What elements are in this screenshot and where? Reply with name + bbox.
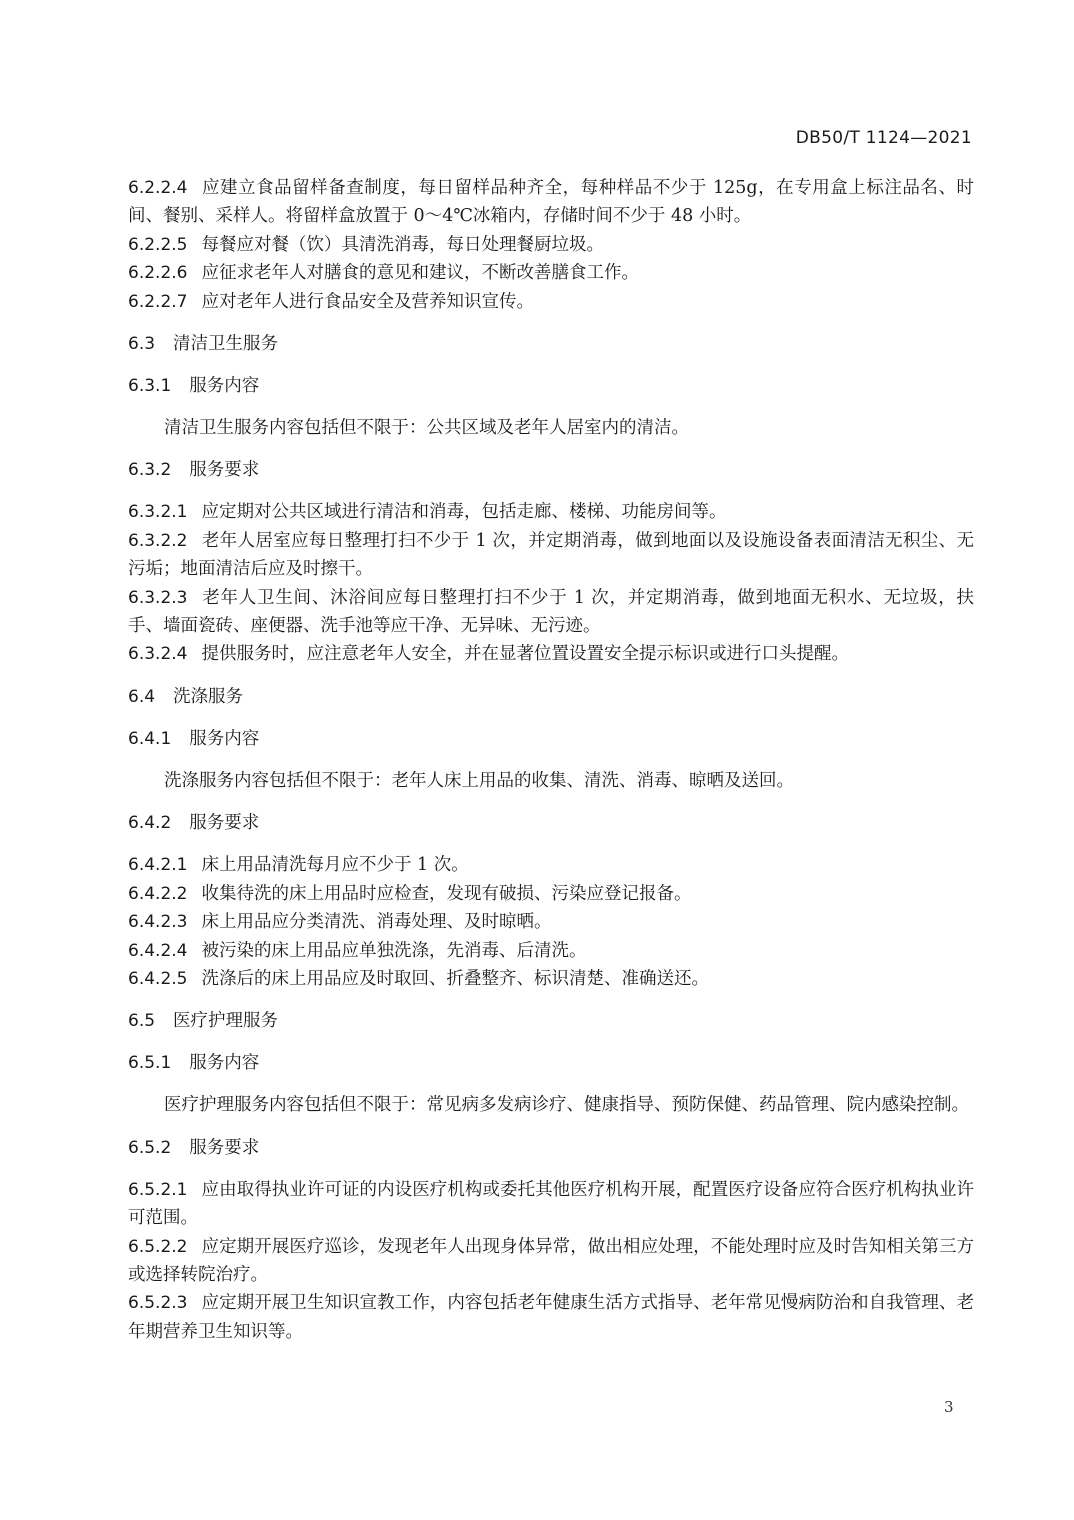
section-number: 6.4: [128, 687, 155, 707]
section-number: 6.3.2: [128, 460, 171, 480]
clause-number: 6.3.2.1: [128, 502, 187, 522]
section-number: 6.5.1: [128, 1053, 171, 1073]
clause-6-2-2-5: 6.2.2.5每餐应对餐（饮）具清洗消毒，每日处理餐厨垃圾。: [128, 231, 974, 259]
clause-text: 老年人居室应每日整理打扫不少于 1 次，并定期消毒，做到地面以及设施设备表面清洁…: [128, 531, 974, 579]
section-number: 6.4.2: [128, 813, 171, 833]
clause-6-5-2-1: 6.5.2.1应由取得执业许可证的内设医疗机构或委托其他医疗机构开展，配置医疗设…: [128, 1176, 974, 1233]
clause-number: 6.3.2.4: [128, 644, 187, 664]
clause-6-3-2-2: 6.3.2.2老年人居室应每日整理打扫不少于 1 次，并定期消毒，做到地面以及设…: [128, 527, 974, 584]
document-body: 6.2.2.4应建立食品留样备查制度，每日留样品种齐全，每种样品不少于 125g…: [128, 174, 974, 1346]
paragraph-6-5-1: 医疗护理服务内容包括但不限于：常见病多发病诊疗、健康指导、预防保健、药品管理、院…: [128, 1091, 974, 1119]
section-heading-6-4: 6.4洗涤服务: [128, 683, 974, 711]
clause-text: 应征求老年人对膳食的意见和建议，不断改善膳食工作。: [201, 263, 639, 283]
section-number: 6.5: [128, 1011, 155, 1031]
clause-6-3-2-4: 6.3.2.4提供服务时，应注意老年人安全，并在显著位置设置安全提示标识或进行口…: [128, 640, 974, 668]
clause-6-3-2-3: 6.3.2.3老年人卫生间、沐浴间应每日整理打扫不少于 1 次，并定期消毒，做到…: [128, 584, 974, 641]
clause-number: 6.3.2.3: [128, 588, 187, 608]
section-title: 服务内容: [189, 376, 259, 396]
clause-text: 床上用品清洗每月应不少于 1 次。: [201, 855, 468, 875]
section-heading-6-3: 6.3清洁卫生服务: [128, 330, 974, 358]
clause-number: 6.3.2.2: [128, 531, 187, 551]
subsection-heading-6-3-2: 6.3.2服务要求: [128, 456, 974, 484]
section-heading-6-5: 6.5医疗护理服务: [128, 1007, 974, 1035]
clause-6-4-2-5: 6.4.2.5洗涤后的床上用品应及时取回、折叠整齐、标识清楚、准确送还。: [128, 965, 974, 993]
clause-text: 提供服务时，应注意老年人安全，并在显著位置设置安全提示标识或进行口头提醒。: [201, 644, 849, 664]
section-title: 服务要求: [189, 1138, 259, 1158]
clause-6-4-2-3: 6.4.2.3床上用品应分类清洗、消毒处理、及时晾晒。: [128, 908, 974, 936]
clause-6-5-2-3: 6.5.2.3应定期开展卫生知识宣教工作，内容包括老年健康生活方式指导、老年常见…: [128, 1289, 974, 1346]
standard-code-header: DB50/T 1124—2021: [796, 128, 972, 148]
clause-text: 应对老年人进行食品安全及营养知识宣传。: [201, 292, 534, 312]
section-title: 服务内容: [189, 1053, 259, 1073]
clause-number: 6.2.2.5: [128, 235, 187, 255]
section-number: 6.4.1: [128, 729, 171, 749]
clause-6-2-2-6: 6.2.2.6应征求老年人对膳食的意见和建议，不断改善膳食工作。: [128, 259, 974, 287]
clause-text: 每餐应对餐（饮）具清洗消毒，每日处理餐厨垃圾。: [201, 235, 604, 255]
subsection-heading-6-4-2: 6.4.2服务要求: [128, 809, 974, 837]
clause-number: 6.5.2.2: [128, 1237, 187, 1257]
section-title: 清洁卫生服务: [173, 334, 278, 354]
page-number: 3: [944, 1398, 954, 1416]
clause-6-4-2-1: 6.4.2.1床上用品清洗每月应不少于 1 次。: [128, 851, 974, 879]
section-title: 医疗护理服务: [173, 1011, 278, 1031]
clause-number: 6.4.2.3: [128, 912, 187, 932]
section-title: 服务要求: [189, 460, 259, 480]
subsection-heading-6-5-1: 6.5.1服务内容: [128, 1049, 974, 1077]
subsection-heading-6-3-1: 6.3.1服务内容: [128, 372, 974, 400]
section-number: 6.3: [128, 334, 155, 354]
clause-text: 应定期开展医疗巡诊，发现老年人出现身体异常，做出相应处理，不能处理时应及时告知相…: [128, 1237, 974, 1285]
clause-text: 应建立食品留样备查制度，每日留样品种齐全，每种样品不少于 125g，在专用盒上标…: [128, 178, 974, 226]
clause-text: 洗涤后的床上用品应及时取回、折叠整齐、标识清楚、准确送还。: [201, 969, 709, 989]
clause-number: 6.4.2.5: [128, 969, 187, 989]
clause-text: 应由取得执业许可证的内设医疗机构或委托其他医疗机构开展，配置医疗设备应符合医疗机…: [128, 1180, 974, 1228]
clause-number: 6.4.2.2: [128, 884, 187, 904]
clause-text: 应定期开展卫生知识宣教工作，内容包括老年健康生活方式指导、老年常见慢病防治和自我…: [128, 1293, 974, 1341]
clause-number: 6.4.2.1: [128, 855, 187, 875]
clause-number: 6.2.2.7: [128, 292, 187, 312]
section-title: 洗涤服务: [173, 687, 243, 707]
clause-6-3-2-1: 6.3.2.1应定期对公共区域进行清洁和消毒，包括走廊、楼梯、功能房间等。: [128, 498, 974, 526]
section-title: 服务要求: [189, 813, 259, 833]
section-number: 6.3.1: [128, 376, 171, 396]
clause-number: 6.4.2.4: [128, 941, 187, 961]
clause-number: 6.5.2.1: [128, 1180, 187, 1200]
clause-6-2-2-4: 6.2.2.4应建立食品留样备查制度，每日留样品种齐全，每种样品不少于 125g…: [128, 174, 974, 231]
section-title: 服务内容: [189, 729, 259, 749]
clause-number: 6.2.2.6: [128, 263, 187, 283]
clause-text: 老年人卫生间、沐浴间应每日整理打扫不少于 1 次，并定期消毒，做到地面无积水、无…: [128, 588, 974, 636]
subsection-heading-6-5-2: 6.5.2服务要求: [128, 1134, 974, 1162]
section-number: 6.5.2: [128, 1138, 171, 1158]
clause-text: 被污染的床上用品应单独洗涤，先消毒、后清洗。: [201, 941, 586, 961]
clause-6-4-2-4: 6.4.2.4被污染的床上用品应单独洗涤，先消毒、后清洗。: [128, 937, 974, 965]
clause-number: 6.2.2.4: [128, 178, 187, 198]
paragraph-6-4-1: 洗涤服务内容包括但不限于：老年人床上用品的收集、清洗、消毒、晾晒及送回。: [128, 767, 974, 795]
clause-6-5-2-2: 6.5.2.2应定期开展医疗巡诊，发现老年人出现身体异常，做出相应处理，不能处理…: [128, 1233, 974, 1290]
clause-text: 收集待洗的床上用品时应检查，发现有破损、污染应登记报备。: [201, 884, 691, 904]
paragraph-6-3-1: 清洁卫生服务内容包括但不限于：公共区域及老年人居室内的清洁。: [128, 414, 974, 442]
document-page: DB50/T 1124—2021 6.2.2.4应建立食品留样备查制度，每日留样…: [0, 0, 1074, 1520]
clause-6-4-2-2: 6.4.2.2收集待洗的床上用品时应检查，发现有破损、污染应登记报备。: [128, 880, 974, 908]
clause-6-2-2-7: 6.2.2.7应对老年人进行食品安全及营养知识宣传。: [128, 288, 974, 316]
clause-text: 床上用品应分类清洗、消毒处理、及时晾晒。: [201, 912, 551, 932]
subsection-heading-6-4-1: 6.4.1服务内容: [128, 725, 974, 753]
clause-text: 应定期对公共区域进行清洁和消毒，包括走廊、楼梯、功能房间等。: [201, 502, 726, 522]
clause-number: 6.5.2.3: [128, 1293, 187, 1313]
